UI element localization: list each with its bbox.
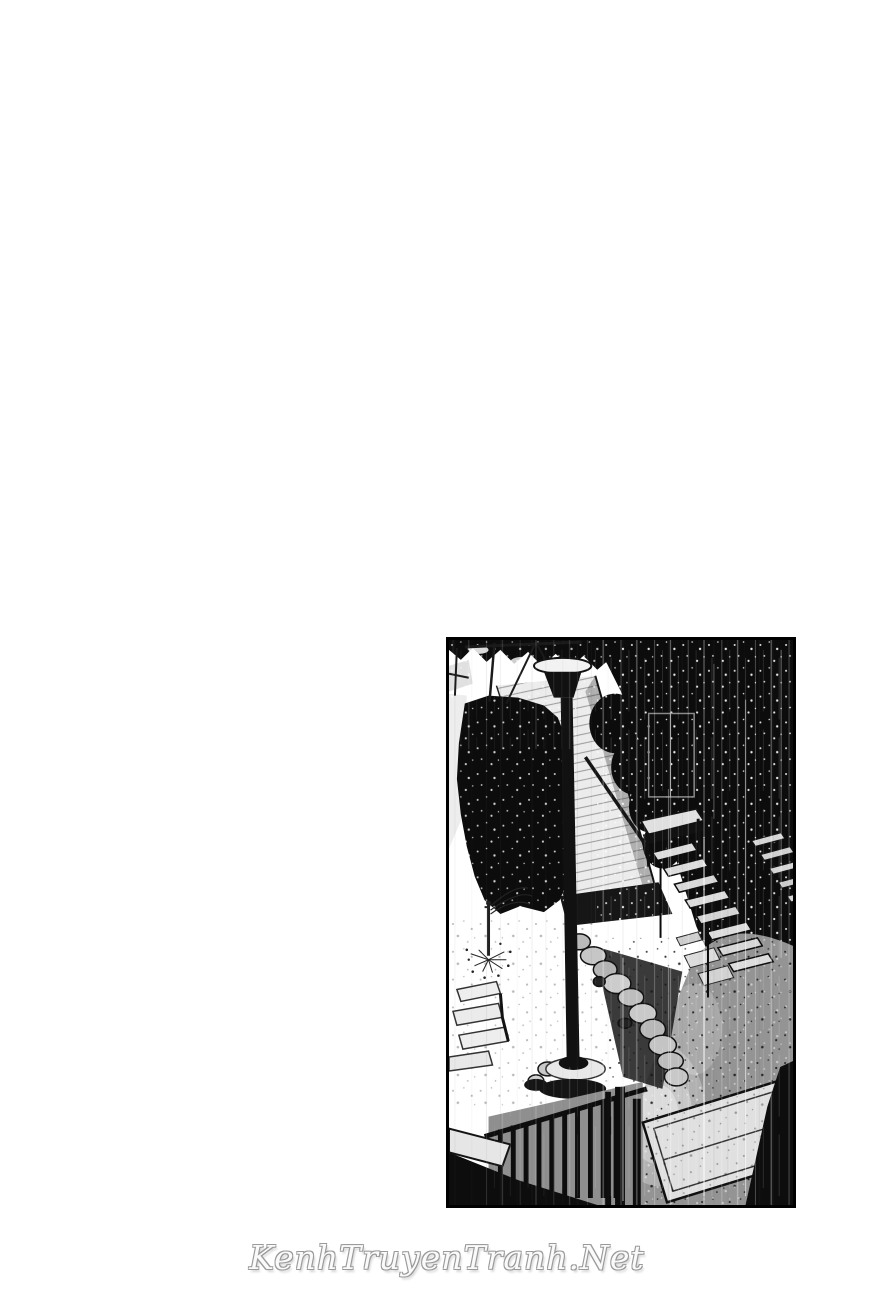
watermark-text: KenhTruyenTranh.Net — [0, 1238, 894, 1277]
manga-panel — [446, 637, 796, 1208]
manga-page: KenhTruyenTranh.Net — [0, 0, 894, 1300]
rain-overlay — [449, 640, 793, 1205]
panel-artwork — [449, 640, 793, 1205]
